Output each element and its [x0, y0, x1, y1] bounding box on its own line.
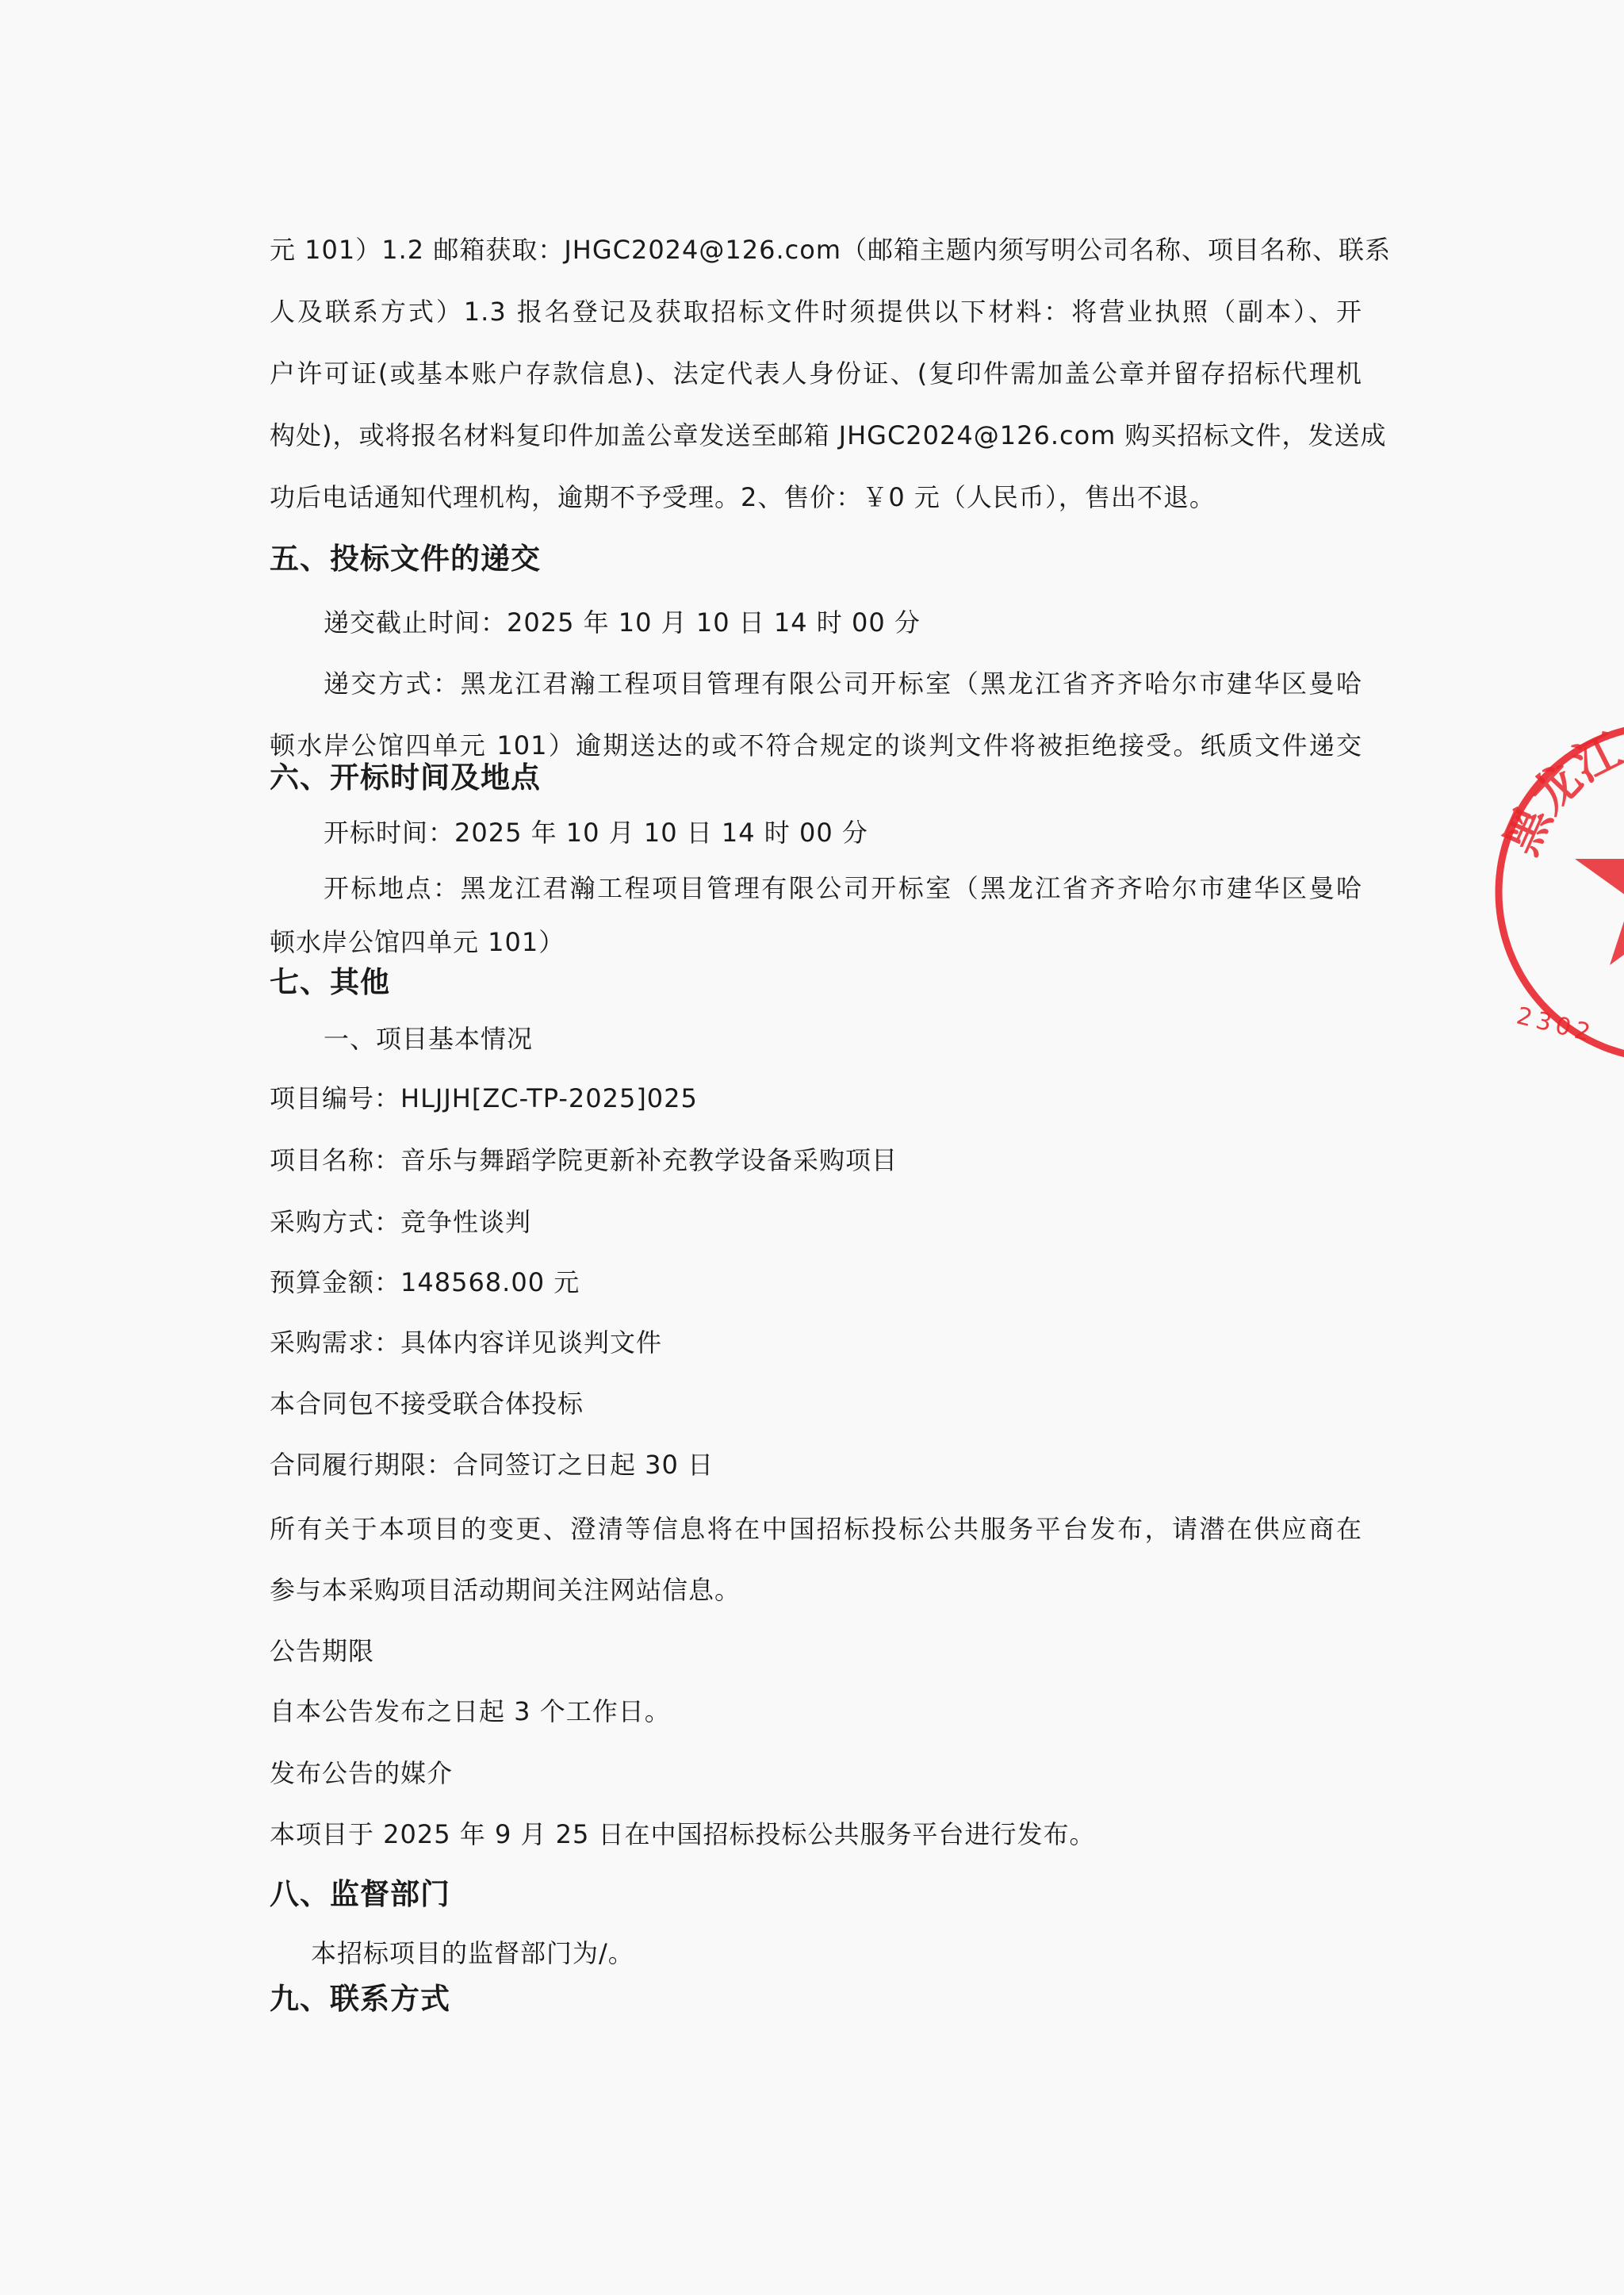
section-heading-opening: 六、开标时间及地点 — [270, 760, 541, 796]
opening-place: 开标地点：黑龙江君瀚工程项目管理有限公司开标室（黑龙江省齐齐哈尔市建华区曼哈 — [324, 872, 1362, 904]
opening-time: 开标时间：2025 年 10 月 10 日 14 时 00 分 — [324, 817, 868, 849]
section-heading-supervision: 八、监督部门 — [270, 1876, 450, 1913]
media-label: 发布公告的媒介 — [270, 1757, 453, 1789]
company-seal-icon: 黑龙江君瀚工程项目 2302 — [1491, 718, 1624, 1067]
project-number: 项目编号：HLJJH[ZC-TP-2025]025 — [270, 1082, 698, 1114]
paragraph-line: 功后电话通知代理机构，逾期不予受理。2、售价：￥0 元（人民币），售出不退。 — [270, 481, 1216, 513]
section-heading-submission: 五、投标文件的递交 — [270, 541, 541, 577]
paragraph-line: 户许可证(或基本账户存款信息)、法定代表人身份证、(复印件需加盖公章并留存招标代… — [270, 358, 1362, 389]
consortium-note: 本合同包不接受联合体投标 — [270, 1388, 584, 1420]
submission-deadline: 递交截止时间：2025 年 10 月 10 日 14 时 00 分 — [324, 607, 921, 638]
procurement-method: 采购方式：竞争性谈判 — [270, 1206, 531, 1238]
paragraph-line: 构处)，或将报名材料复印件加盖公章发送至邮箱 JHGC2024@126.com … — [270, 420, 1362, 451]
svg-text:黑龙江君瀚工程项目: 黑龙江君瀚工程项目 — [1494, 718, 1624, 918]
paragraph-line: 人及联系方式）1.3 报名登记及获取招标文件时须提供以下材料：将营业执照（副本）… — [270, 296, 1362, 328]
section-heading-contact: 九、联系方式 — [270, 1981, 450, 2017]
subheading-project-info: 一、项目基本情况 — [324, 1023, 533, 1055]
procurement-requirements: 采购需求：具体内容详见谈判文件 — [270, 1327, 662, 1358]
media-text: 本项目于 2025 年 9 月 25 日在中国招标投标公共服务平台进行发布。 — [270, 1818, 1096, 1850]
submission-method: 递交方式：黑龙江君瀚工程项目管理有限公司开标室（黑龙江省齐齐哈尔市建华区曼哈 — [324, 668, 1362, 699]
section-heading-other: 七、其他 — [270, 964, 390, 1001]
svg-text:2302: 2302 — [1514, 1002, 1598, 1048]
supervision-text: 本招标项目的监督部门为/。 — [311, 1937, 634, 1969]
announce-period-label: 公告期限 — [270, 1635, 374, 1667]
contract-period: 合同履行期限：合同签订之日起 30 日 — [270, 1449, 714, 1481]
notice-line-cont: 参与本采购项目活动期间关注网站信息。 — [270, 1574, 741, 1606]
paragraph-line: 元 101）1.2 邮箱获取：JHGC2024@126.com（邮箱主题内须写明… — [270, 234, 1362, 266]
project-name: 项目名称：音乐与舞蹈学院更新补充教学设备采购项目 — [270, 1144, 898, 1176]
opening-place-cont: 顿水岸公馆四单元 101） — [270, 926, 565, 958]
budget-amount: 预算金额：148568.00 元 — [270, 1266, 580, 1298]
submission-method-cont: 顿水岸公馆四单元 101）逾期送达的或不符合规定的谈判文件将被拒绝接受。纸质文件… — [270, 730, 1362, 761]
notice-line: 所有关于本项目的变更、澄清等信息将在中国招标投标公共服务平台发布，请潜在供应商在 — [270, 1513, 1362, 1545]
announce-period: 自本公告发布之日起 3 个工作日。 — [270, 1695, 671, 1727]
